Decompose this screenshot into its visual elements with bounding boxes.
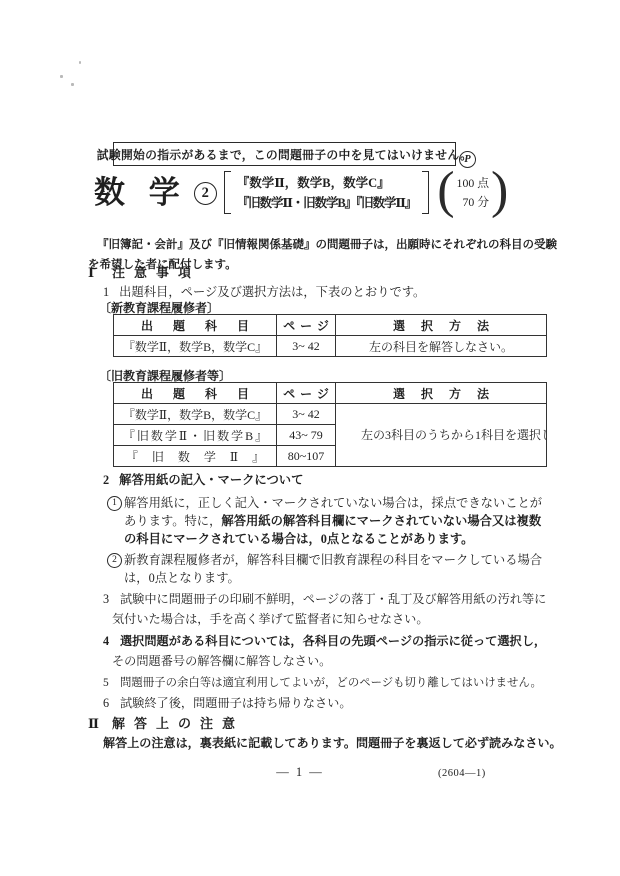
circled-1-icon: 1	[107, 496, 122, 511]
header-cell-subject: 出題科目	[114, 383, 277, 404]
scan-speck	[71, 83, 74, 86]
cell-pages: 3~ 42	[277, 404, 336, 425]
item-6-number: 6	[103, 693, 109, 713]
header-cell-method: 選択方法	[336, 315, 547, 336]
section1-heading-text: 注意事項	[112, 265, 200, 280]
title-row: 数 学 2 『数学Ⅱ，数学B，数学C』 『旧数学Ⅱ・旧数学B』『旧数学Ⅱ』 ( …	[94, 169, 508, 216]
item-4-number: 4	[103, 631, 109, 651]
item-5-text: 問題冊子の余白等は適宜利用してよいが，どのページも切り離してはいけません。	[120, 677, 542, 689]
header-cell-method: 選択方法	[336, 383, 547, 404]
subject-list: 『数学Ⅱ，数学B，数学C』 『旧数学Ⅱ・旧数学B』『旧数学Ⅱ』	[231, 173, 422, 213]
cell-pages: 43~ 79	[277, 425, 336, 446]
circled-2-icon: 2	[107, 553, 122, 568]
notice-box: 試験開始の指示があるまで，この問題冊子の中を見てはいけません。	[113, 142, 456, 166]
item-5: 5問題冊子の余白等は適宜利用してよいが，どのページも切り離してはいけません。	[88, 673, 548, 693]
right-bracket	[422, 171, 429, 214]
page-title: 数 学	[94, 169, 188, 216]
p-mark-icon: P	[459, 151, 476, 168]
section1-heading: Ⅰ注意事項	[88, 262, 200, 281]
title-number-circle: 2	[194, 182, 217, 205]
left-bracket	[224, 171, 231, 214]
item-4-text-normal: その問題番号の解答欄に解答しなさい。	[112, 654, 331, 668]
item-4-text-bold: 選択問題がある科目については，各科目の先頭ページの指示に従って選択し，	[120, 634, 546, 648]
item-3: 3試験中に問題冊子の印刷不鮮明，ページの落丁・乱丁及び解答用紙の汚れ等に気付いた…	[88, 589, 548, 629]
item-1-number: 1	[103, 285, 109, 299]
right-paren: )	[491, 171, 508, 211]
score-points: 100 点	[457, 174, 489, 193]
subitem-2-text: 新教育課程履修者が，解答科目欄で旧教育課程の科目をマークしている場合は，0点とな…	[124, 553, 542, 585]
subjects-line1: 『数学Ⅱ，数学B，数学C』	[237, 173, 416, 193]
item-6-text: 試験終了後，問題冊子は持ち帰りなさい。	[120, 696, 352, 710]
item-2-heading: 2解答用紙の記入・マークについて	[103, 470, 303, 488]
table-row: 出題科目 ページ 選択方法	[114, 383, 547, 404]
item-2-number: 2	[103, 473, 109, 487]
section2-text: 解答上の注意は，裏表紙に記載してあります。問題冊子を裏返して必ず読みなさい。	[103, 734, 562, 751]
subitem-2: 2 新教育課程履修者が，解答科目欄で旧教育課程の科目をマークしている場合は，0点…	[124, 551, 550, 587]
page-number: — 1 —	[0, 765, 600, 780]
table-row: 『数学Ⅱ，数学B，数学C』 3~ 42 左の科目を解答しなさい。	[114, 336, 547, 357]
cell-pages: 80~107	[277, 446, 336, 467]
cell-method-merged: 左の3科目のうちから1科目を選択し，解答しなさい。	[336, 404, 547, 467]
item-3-text: 試験中に問題冊子の印刷不鮮明，ページの落丁・乱丁及び解答用紙の汚れ等に気付いた場…	[112, 592, 546, 626]
notice-text: 試験開始の指示があるまで，この問題冊子の中を見てはいけません。	[97, 146, 472, 163]
table-row: 『数学Ⅱ，数学B，数学C』 3~ 42 左の3科目のうちから1科目を選択し，解答…	[114, 404, 547, 425]
table-row: 出題科目 ページ 選択方法	[114, 315, 547, 336]
subitem-1: 1 解答用紙に，正しく記入・マークされていない場合は，採点できないことがあります…	[124, 494, 550, 548]
item-5-number: 5	[103, 673, 109, 693]
table-new-curriculum: 出題科目 ページ 選択方法 『数学Ⅱ，数学B，数学C』 3~ 42 左の科目を解…	[113, 314, 547, 357]
item-2-text: 解答用紙の記入・マークについて	[119, 473, 303, 487]
left-paren: (	[437, 171, 454, 211]
item-3-number: 3	[103, 589, 109, 609]
table-old-curriculum: 出題科目 ページ 選択方法 『数学Ⅱ，数学B，数学C』 3~ 42 左の3科目の…	[113, 382, 547, 467]
scan-speck	[60, 75, 63, 78]
cell-subject: 『数学Ⅱ，数学B，数学C』	[114, 404, 277, 425]
cell-method: 左の科目を解答しなさい。	[336, 336, 547, 357]
p-mark-letter: P	[464, 154, 470, 165]
score-lines: 100 点 70 分	[455, 174, 491, 212]
cell-subject: 『数学Ⅱ，数学B，数学C』	[114, 336, 277, 357]
header-cell-pages: ページ	[277, 315, 336, 336]
cell-subject: 『旧数学Ⅱ』	[114, 446, 277, 467]
header-cell-pages: ページ	[277, 383, 336, 404]
section2-roman: Ⅱ	[88, 716, 102, 732]
method-text: 左の3科目のうちから1科目を選択し，解答しなさい。	[361, 426, 521, 445]
title-number: 2	[202, 185, 209, 202]
score-time-group: ( 100 点 70 分 )	[437, 173, 508, 213]
subjects-line2: 『旧数学Ⅱ・旧数学B』『旧数学Ⅱ』	[237, 193, 416, 213]
item-6: 6試験終了後，問題冊子は持ち帰りなさい。	[88, 693, 548, 713]
item-1-text: 出題科目，ページ及び選択方法は，下表のとおりです。	[119, 285, 425, 299]
item-1: 1出題科目，ページ及び選択方法は，下表のとおりです。	[103, 282, 425, 300]
section1-roman: Ⅰ	[88, 265, 102, 281]
scan-speck	[79, 61, 81, 64]
exam-cover-page: 試験開始の指示があるまで，この問題冊子の中を見てはいけません。 P 数 学 2 …	[0, 0, 620, 876]
cell-pages: 3~ 42	[277, 336, 336, 357]
booklet-code: (2604—1)	[438, 768, 486, 779]
item-4: 4選択問題がある科目については，各科目の先頭ページの指示に従って選択し，その問題…	[88, 631, 548, 671]
cell-subject: 『旧数学Ⅱ・旧数学B』	[114, 425, 277, 446]
header-cell-subject: 出題科目	[114, 315, 277, 336]
time-minutes: 70 分	[462, 193, 489, 212]
section2-heading-text: 解答上の注意	[112, 716, 244, 731]
section2-heading: Ⅱ解答上の注意	[88, 713, 244, 732]
